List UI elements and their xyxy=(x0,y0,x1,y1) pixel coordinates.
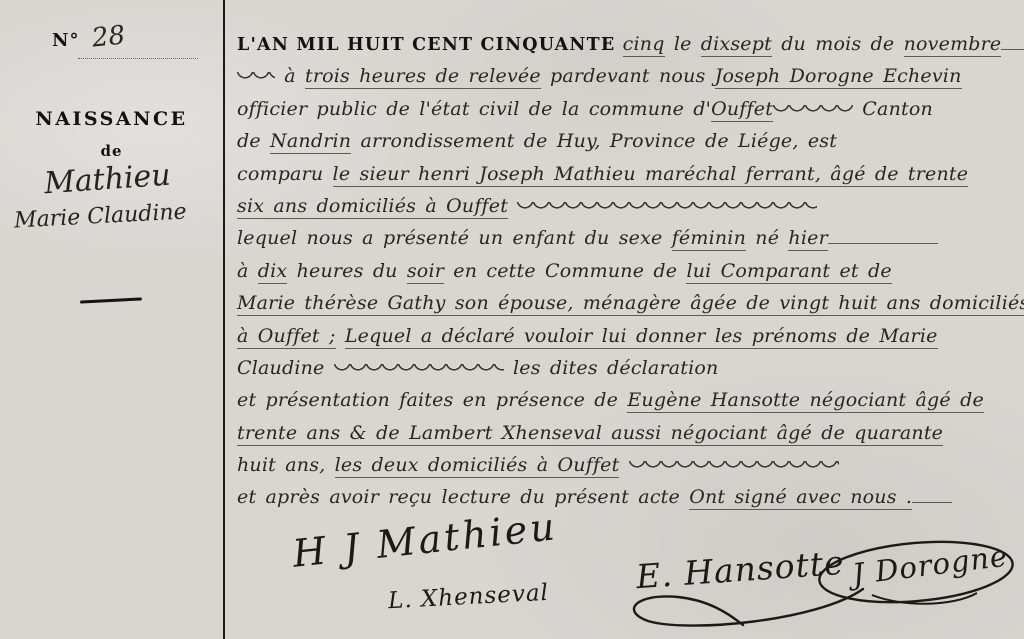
act-number-value: 28 xyxy=(91,20,127,53)
signature-xhenseval: L. Xhenseval xyxy=(387,580,549,614)
handwritten-text-segment: et présentation faites en présence de xyxy=(237,389,627,411)
handwritten-text-segment: comparu xyxy=(237,163,333,185)
handwritten-text-segment xyxy=(336,325,345,347)
act-number-label: N° xyxy=(52,30,79,51)
act-line-9: Marie thérèse Gathy son épouse, ménagère… xyxy=(237,292,1021,324)
handwritten-text-segment: du mois de xyxy=(772,33,904,55)
column-divider xyxy=(223,0,225,639)
handwritten-text-segment: les dites déclaration xyxy=(504,357,719,379)
signature-hansotte: E. Hansotte xyxy=(635,543,846,596)
handwritten-text-segment: pardevant nous xyxy=(541,65,715,87)
blank-ruled-line xyxy=(1001,35,1024,50)
act-line-11: Claudine les dites déclaration xyxy=(237,357,1021,389)
pen-wave-filler xyxy=(773,105,853,114)
handwritten-text-segment: Claudine xyxy=(237,357,325,379)
act-number-ruled-line xyxy=(78,58,198,59)
handwritten-text-segment: Joseph Dorogne Echevin xyxy=(715,65,962,89)
act-line-5: comparu le sieur henri Joseph Mathieu ma… xyxy=(237,163,1021,195)
handwritten-text-segment: soir xyxy=(407,260,444,284)
handwritten-text-segment: huit ans, xyxy=(237,454,335,476)
act-text: L'AN MIL HUIT CENT CINQUANTE cinq le dix… xyxy=(237,33,1021,519)
printed-text-segment: L'AN MIL HUIT CENT CINQUANTE xyxy=(237,35,623,55)
act-number: N° 28 xyxy=(52,30,192,51)
handwritten-text-segment xyxy=(619,454,628,476)
handwritten-text-segment: à xyxy=(275,65,305,87)
margin-column: N° 28 NAISSANCE de Mathieu Marie Claudin… xyxy=(0,0,223,639)
act-line-12: et présentation faites en présence de Eu… xyxy=(237,389,1021,421)
handwritten-text-segment: officier public de l'état civil de la co… xyxy=(237,98,711,120)
handwritten-text-segment: hier xyxy=(788,227,827,251)
pen-wave-filler xyxy=(517,202,817,211)
handwritten-text-segment: cinq xyxy=(623,33,665,57)
handwritten-text-segment: Marie thérèse Gathy son épouse, ménagère… xyxy=(237,292,1024,316)
handwritten-text-segment: lui Comparant et de xyxy=(686,260,891,284)
handwritten-text-segment: arrondissement de Huy, Province de Liége… xyxy=(351,130,837,152)
act-line-2: à trois heures de relevée pardevant nous… xyxy=(237,65,1021,97)
handwritten-text-segment: né xyxy=(746,227,788,249)
act-line-4: de Nandrin arrondissement de Huy, Provin… xyxy=(237,130,1021,162)
handwritten-text-segment: féminin xyxy=(672,227,746,251)
handwritten-text-segment: trente ans & de Lambert Xhenseval aussi … xyxy=(237,422,943,446)
handwritten-text-segment xyxy=(325,357,334,379)
handwritten-text-segment: trois heures de relevée xyxy=(305,65,541,89)
pen-wave-filler xyxy=(237,72,275,81)
handwritten-text-segment xyxy=(508,195,517,217)
signature-dorogne: J Dorogne xyxy=(851,539,1010,592)
handwritten-text-segment: de xyxy=(237,130,270,152)
handwritten-text-segment: Eugène Hansotte négociant âgé de xyxy=(627,389,984,413)
record-type-subheading: de xyxy=(0,142,223,160)
margin-given-names: Marie Claudine xyxy=(13,199,187,233)
handwritten-text-segment: heures du xyxy=(287,260,407,282)
handwritten-text-segment: à Ouffet ; xyxy=(237,325,336,349)
handwritten-text-segment: six ans domiciliés à Ouffet xyxy=(237,195,508,219)
act-line-15: et après avoir reçu lecture du présent a… xyxy=(237,486,1021,518)
handwritten-text-segment: le sieur henri Joseph Mathieu maréchal f… xyxy=(333,163,969,187)
record-type-heading: NAISSANCE xyxy=(0,108,223,130)
handwritten-text-segment: Lequel a déclaré vouloir lui donner les … xyxy=(345,325,938,349)
act-line-1: L'AN MIL HUIT CENT CINQUANTE cinq le dix… xyxy=(237,33,1021,65)
handwritten-text-segment: lequel nous a présenté un enfant du sexe xyxy=(237,227,672,249)
blank-ruled-line xyxy=(828,229,938,244)
margin-surname: Mathieu xyxy=(43,158,172,202)
act-line-8: à dix heures du soir en cette Commune de… xyxy=(237,260,1021,292)
pen-wave-filler xyxy=(629,461,839,470)
handwritten-text-segment: Ont signé avec nous . xyxy=(689,486,912,510)
act-line-13: trente ans & de Lambert Xhenseval aussi … xyxy=(237,422,1021,454)
blank-ruled-line xyxy=(912,488,952,503)
act-line-10: à Ouffet ; Lequel a déclaré vouloir lui … xyxy=(237,325,1021,357)
pen-wave-filler xyxy=(334,364,504,373)
margin-dash xyxy=(80,297,142,303)
handwritten-text-segment: et après avoir reçu lecture du présent a… xyxy=(237,486,689,508)
act-line-3: officier public de l'état civil de la co… xyxy=(237,98,1021,130)
handwritten-text-segment: dixsept xyxy=(701,33,772,57)
birth-record-document: N° 28 NAISSANCE de Mathieu Marie Claudin… xyxy=(0,0,1024,639)
handwritten-text-segment: dix xyxy=(258,260,288,284)
handwritten-text-segment: Canton xyxy=(853,98,933,120)
act-line-14: huit ans, les deux domiciliés à Ouffet xyxy=(237,454,1021,486)
handwritten-text-segment: les deux domiciliés à Ouffet xyxy=(335,454,620,478)
handwritten-text-segment: le xyxy=(665,33,701,55)
act-body: L'AN MIL HUIT CENT CINQUANTE cinq le dix… xyxy=(237,33,1021,519)
handwritten-text-segment: Nandrin xyxy=(270,130,351,154)
handwritten-text-segment: Ouffet xyxy=(711,98,773,122)
act-line-7: lequel nous a présenté un enfant du sexe… xyxy=(237,227,1021,259)
handwritten-text-segment: à xyxy=(237,260,258,282)
handwritten-text-segment: en cette Commune de xyxy=(444,260,686,282)
handwritten-text-segment: novembre xyxy=(904,33,1002,57)
act-line-6: six ans domiciliés à Ouffet xyxy=(237,195,1021,227)
